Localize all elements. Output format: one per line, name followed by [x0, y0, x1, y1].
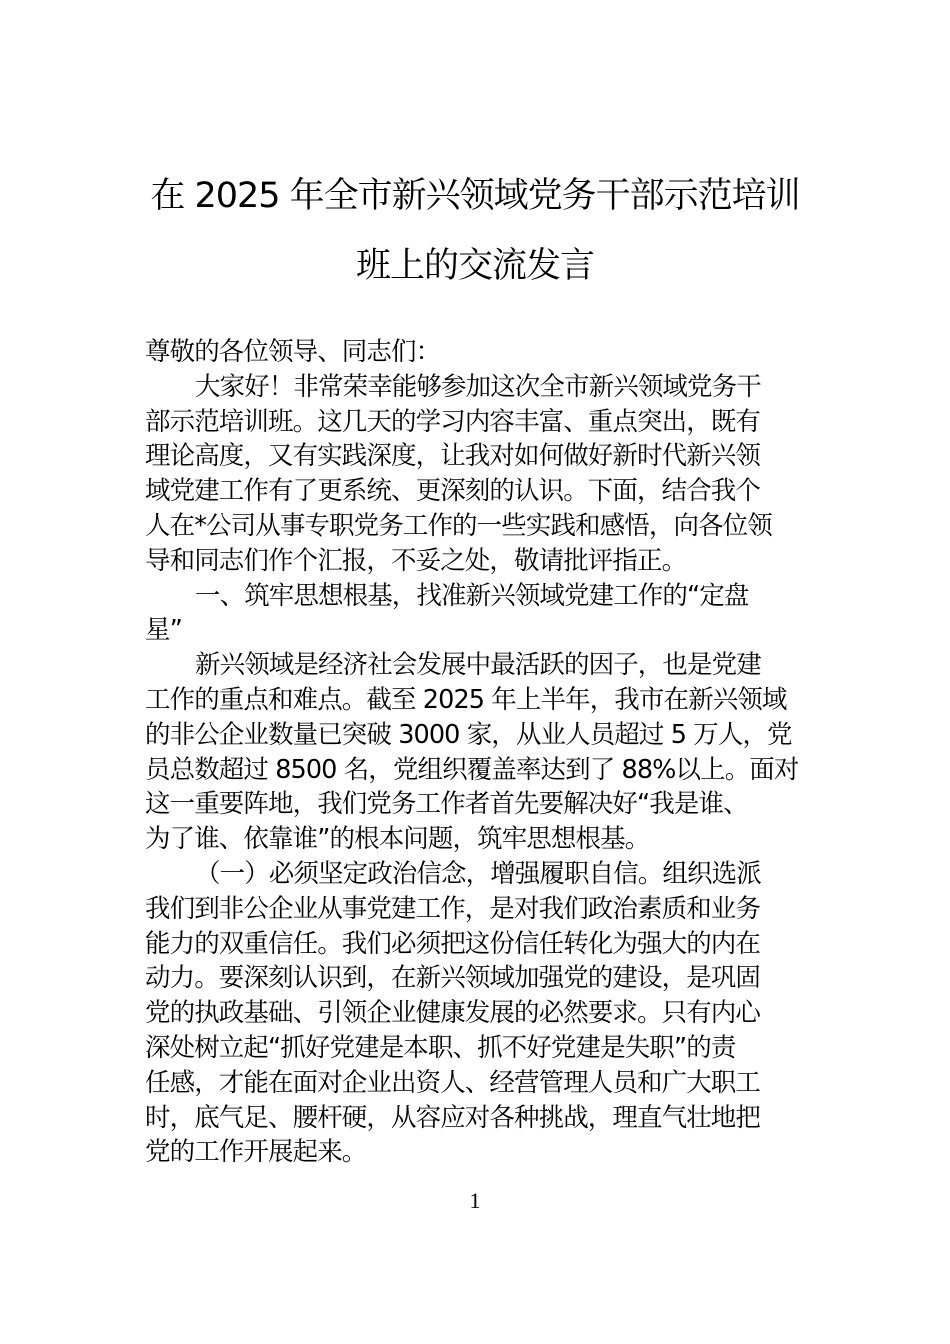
text-line: 党的执政基础、引领企业健康发展的必然要求。只有内心: [145, 996, 810, 1031]
text-line: 这一重要阵地，我们党务工作者首先要解决好“我是谁、: [145, 787, 810, 822]
text-line: 尊敬的各位领导、同志们：: [145, 335, 810, 370]
text-line: 为了谁、依靠谁”的根本问题，筑牢思想根基。: [145, 822, 810, 857]
text-line: 的非公企业数量已突破 3000 家，从业人员超过 5 万人，党: [145, 718, 810, 753]
page-number: 1: [0, 1188, 950, 1214]
text-line: 理论高度，又有实践深度，让我对如何做好新时代新兴领: [145, 439, 810, 474]
text-line: 任感，才能在面对企业出资人、经营管理人员和广大职工: [145, 1066, 810, 1101]
text-line: 能力的双重信任。我们必须把这份信任转化为强大的内在: [145, 927, 810, 962]
text-line: 大家好！非常荣幸能够参加这次全市新兴领域党务干: [145, 370, 810, 405]
document-title-line-2: 班上的交流发言: [140, 246, 810, 286]
text-line: 时，底气足、腰杆硬，从容应对各种挑战，理直气壮地把: [145, 1101, 810, 1136]
text-line: 我们到非公企业从事党建工作，是对我们政治素质和业务: [145, 892, 810, 927]
text-line: 星”: [145, 613, 810, 648]
text-line: 新兴领域是经济社会发展中最活跃的因子，也是党建: [145, 648, 810, 683]
text-line: 一、筑牢思想根基，找准新兴领域党建工作的“定盘: [145, 579, 810, 614]
document-page: 在 2025 年全市新兴领域党务干部示范培训 班上的交流发言 尊敬的各位领导、同…: [0, 0, 950, 1344]
text-line: 部示范培训班。这几天的学习内容丰富、重点突出，既有: [145, 405, 810, 440]
text-line: （一）必须坚定政治信念，增强履职自信。组织选派: [145, 857, 810, 892]
text-line: 动力。要深刻认识到，在新兴领域加强党的建设，是巩固: [145, 961, 810, 996]
document-body: 尊敬的各位领导、同志们：大家好！非常荣幸能够参加这次全市新兴领域党务干部示范培训…: [145, 335, 810, 1170]
text-line: 深处树立起“抓好党建是本职、抓不好党建是失职”的责: [145, 1031, 810, 1066]
text-line: 工作的重点和难点。截至 2025 年上半年，我市在新兴领域: [145, 683, 810, 718]
text-line: 人在*公司从事专职党务工作的一些实践和感悟，向各位领: [145, 509, 810, 544]
document-title-line-1: 在 2025 年全市新兴领域党务干部示范培训: [140, 176, 810, 216]
text-line: 域党建工作有了更系统、更深刻的认识。下面，结合我个: [145, 474, 810, 509]
text-line: 导和同志们作个汇报，不妥之处，敬请批评指正。: [145, 544, 810, 579]
text-line: 员总数超过 8500 名，党组织覆盖率达到了 88%以上。面对: [145, 753, 810, 788]
text-line: 党的工作开展起来。: [145, 1135, 810, 1170]
